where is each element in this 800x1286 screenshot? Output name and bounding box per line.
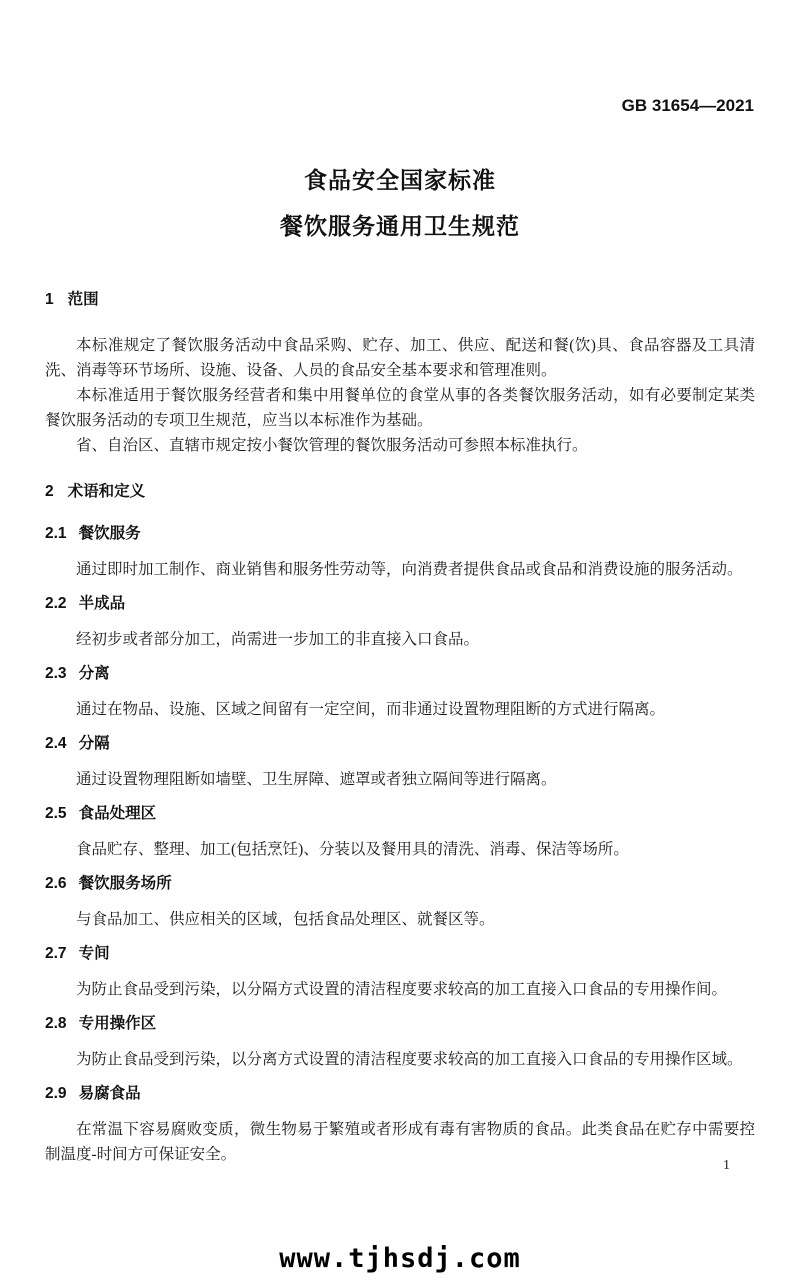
clause-number: 2.7 xyxy=(45,942,67,966)
clause-title: 分离 xyxy=(79,665,110,682)
clause-title: 易腐食品 xyxy=(79,1085,141,1102)
clause-heading-2-4: 2.4分隔 xyxy=(45,732,755,756)
clause-number: 2.3 xyxy=(45,662,67,686)
clause-number: 2.1 xyxy=(45,522,67,546)
clause-heading-2-6: 2.6餐饮服务场所 xyxy=(45,872,755,896)
clause-number: 2.4 xyxy=(45,732,67,756)
paragraph: 为防止食品受到污染，以分离方式设置的清洁程度要求较高的加工直接入口食品的专用操作… xyxy=(45,1047,755,1072)
page-number: 1 xyxy=(723,1156,730,1176)
paragraph: 在常温下容易腐败变质，微生物易于繁殖或者形成有毒有害物质的食品。此类食品在贮存中… xyxy=(45,1117,755,1167)
clause-title: 食品处理区 xyxy=(79,805,157,822)
section-number: 1 xyxy=(45,288,54,312)
paragraph: 本标准适用于餐饮服务经营者和集中用餐单位的食堂从事的各类餐饮服务活动，如有必要制… xyxy=(45,383,755,433)
clause-title: 专间 xyxy=(79,945,110,962)
clause-heading-2-2: 2.2半成品 xyxy=(45,592,755,616)
document-page: GB 31654—2021 食品安全国家标准 餐饮服务通用卫生规范 1范围 本标… xyxy=(0,0,800,1286)
clause-number: 2.6 xyxy=(45,872,67,896)
section-title: 范围 xyxy=(68,291,99,308)
paragraph: 通过设置物理阻断如墙壁、卫生屏障、遮罩或者独立隔间等进行隔离。 xyxy=(45,767,755,792)
clause-number: 2.9 xyxy=(45,1082,67,1106)
clause-heading-2-9: 2.9易腐食品 xyxy=(45,1082,755,1106)
paragraph: 经初步或者部分加工，尚需进一步加工的非直接入口食品。 xyxy=(45,627,755,652)
clause-heading-2-7: 2.7专间 xyxy=(45,942,755,966)
clause-number: 2.2 xyxy=(45,592,67,616)
clause-heading-2-1: 2.1餐饮服务 xyxy=(45,522,755,546)
doc-title-line1: 食品安全国家标准 xyxy=(0,164,800,196)
watermark-url: www.tjhsdj.com xyxy=(0,1243,800,1274)
document-body: 1范围 本标准规定了餐饮服务活动中食品采购、贮存、加工、供应、配送和餐(饮)具、… xyxy=(0,288,800,1167)
clause-title: 分隔 xyxy=(79,735,110,752)
standard-code: GB 31654—2021 xyxy=(0,0,800,117)
clause-title: 专用操作区 xyxy=(79,1015,157,1032)
paragraph: 通过在物品、设施、区域之间留有一定空间，而非通过设置物理阻断的方式进行隔离。 xyxy=(45,697,755,722)
clause-title: 半成品 xyxy=(79,595,126,612)
clause-title: 餐饮服务场所 xyxy=(79,875,172,892)
paragraph: 食品贮存、整理、加工(包括烹饪)、分装以及餐用具的清洗、消毒、保洁等场所。 xyxy=(45,837,755,862)
section-number: 2 xyxy=(45,480,54,504)
paragraph: 与食品加工、供应相关的区域，包括食品处理区、就餐区等。 xyxy=(45,907,755,932)
clause-heading-2-3: 2.3分离 xyxy=(45,662,755,686)
section-heading-1: 1范围 xyxy=(45,288,755,312)
clause-number: 2.5 xyxy=(45,802,67,826)
clause-number: 2.8 xyxy=(45,1012,67,1036)
clause-title: 餐饮服务 xyxy=(79,525,141,542)
paragraph: 本标准规定了餐饮服务活动中食品采购、贮存、加工、供应、配送和餐(饮)具、食品容器… xyxy=(45,333,755,383)
section-heading-2: 2术语和定义 xyxy=(45,480,755,504)
clause-heading-2-5: 2.5食品处理区 xyxy=(45,802,755,826)
paragraph: 为防止食品受到污染，以分隔方式设置的清洁程度要求较高的加工直接入口食品的专用操作… xyxy=(45,977,755,1002)
section-title: 术语和定义 xyxy=(68,483,146,500)
paragraph: 通过即时加工制作、商业销售和服务性劳动等，向消费者提供食品或食品和消费设施的服务… xyxy=(45,557,755,582)
paragraph: 省、自治区、直辖市规定按小餐饮管理的餐饮服务活动可参照本标准执行。 xyxy=(45,433,755,458)
doc-title-line2: 餐饮服务通用卫生规范 xyxy=(0,210,800,242)
clause-heading-2-8: 2.8专用操作区 xyxy=(45,1012,755,1036)
